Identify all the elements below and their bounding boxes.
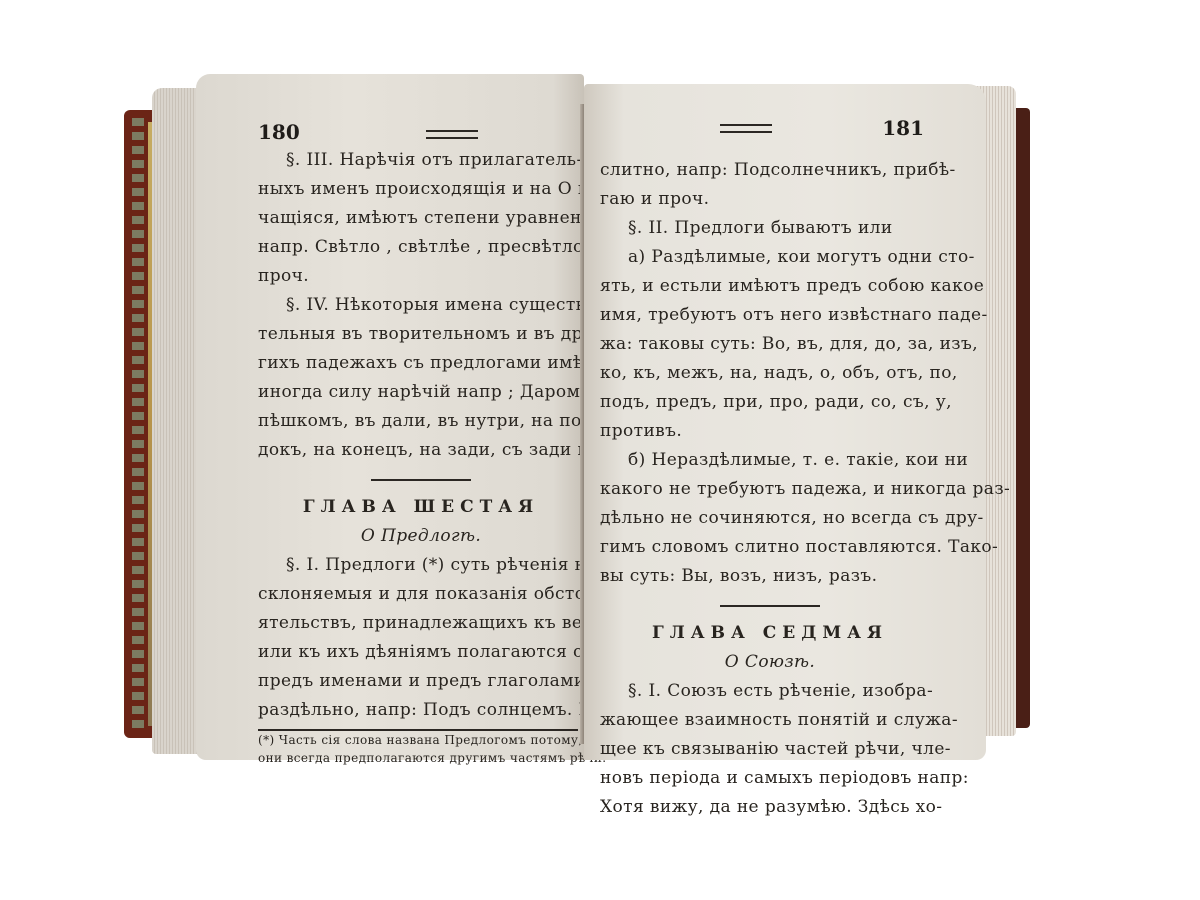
right-page-text: слитно, напр: Подсолнечникъ, прибѣ-гаю и… xyxy=(600,156,940,822)
header-ornament-right xyxy=(720,124,772,133)
text-line: новъ періода и самыхъ періодовъ напр: xyxy=(600,764,940,793)
text-line: ко, къ, межъ, на, надъ, о, объ, отъ, по, xyxy=(600,359,940,388)
text-line: чащіяся, имѣютъ степени уравненія xyxy=(258,204,584,233)
text-line: проч. xyxy=(258,262,584,291)
text-line: дѣльно не сочиняются, но всегда съ дру- xyxy=(600,504,940,533)
chapter-title: ГЛАВА СЕДМАЯ xyxy=(600,619,940,648)
text-line: напр. Свѣтло , свѣтлѣе , пресвѣтло и xyxy=(258,233,584,262)
text-line: предъ именами и предъ глаголами или xyxy=(258,667,584,696)
text-line: §. I. Предлоги (*) суть рѣченія не- xyxy=(258,551,584,580)
left-page-text: §. III. Нарѣчія отъ прилагатель-ныхъ име… xyxy=(258,146,584,767)
text-line: подъ, предъ, при, про, ради, со, съ, у, xyxy=(600,388,940,417)
footnote: (*) Часть сія слова названа Предлогомъ п… xyxy=(258,731,584,767)
text-line: гимъ словомъ слитно поставляются. Тако- xyxy=(600,533,940,562)
section-divider xyxy=(720,605,820,607)
right-page: 181 слитно, напр: Подсолнечникъ, прибѣ-г… xyxy=(584,84,986,760)
section-2-heading: §. II. Предлоги бываютъ или xyxy=(600,214,940,243)
text-line: слитно, напр: Подсолнечникъ, прибѣ- xyxy=(600,156,940,185)
text-line: (*) Часть сія слова названа Предлогомъ п… xyxy=(258,731,584,749)
text-line: жа: таковы суть: Во, въ, для, до, за, из… xyxy=(600,330,940,359)
text-line: ять, и естьли имѣютъ предъ собою какое xyxy=(600,272,940,301)
header-ornament-left xyxy=(426,130,478,139)
chapter-title: ГЛАВА ШЕСТАЯ xyxy=(258,493,584,522)
text-line: склоняемыя и для показанія обсто- xyxy=(258,580,584,609)
text-line: иногда силу нарѣчій напр ; Даромъ, xyxy=(258,378,584,407)
section-2-a: а) Раздѣлимые, кои могутъ одни сто-ять, … xyxy=(600,243,940,446)
text-line: б) Нераздѣлимые, т. е. такіе, кои ни xyxy=(600,446,940,475)
page-number-left: 180 xyxy=(258,120,300,144)
section-2-b: б) Нераздѣлимые, т. е. такіе, кои никако… xyxy=(600,446,940,591)
text-line: ныхъ именъ происходящія и на О кон- xyxy=(258,175,584,204)
text-line: докъ, на конецъ, на зади, съ зади и проч… xyxy=(258,436,584,465)
text-line: а) Раздѣлимые, кои могутъ одни сто- xyxy=(600,243,940,272)
text-line: §. I. Союзъ есть рѣченіе, изобра- xyxy=(600,677,940,706)
text-line: они всегда предполагаются другимъ частям… xyxy=(258,749,584,767)
text-line: щее къ связыванію частей рѣчи, чле- xyxy=(600,735,940,764)
paragraph-3: §. III. Нарѣчія отъ прилагатель-ныхъ име… xyxy=(258,146,584,291)
left-page: 180 §. III. Нарѣчія отъ прилагатель-ныхъ… xyxy=(196,74,584,760)
text-line: гихъ падежахъ съ предлогами имѣютъ xyxy=(258,349,584,378)
text-line: или къ ихъ дѣяніямъ полагаются они xyxy=(258,638,584,667)
text-line: пѣшкомъ, въ дали, въ нутри, на послѣ- xyxy=(258,407,584,436)
text-line: ятельствъ, принадлежащихъ къ вещамъ xyxy=(258,609,584,638)
continuation: слитно, напр: Подсолнечникъ, прибѣ-гаю и… xyxy=(600,156,940,214)
chapter-subtitle: О Союзѣ. xyxy=(600,648,940,677)
text-line: жающее взаимность понятій и служа- xyxy=(600,706,940,735)
text-line: какого не требуютъ падежа, и никогда раз… xyxy=(600,475,940,504)
text-line: тельныя въ творительномъ и въ дру- xyxy=(258,320,584,349)
book-cover-right xyxy=(1014,108,1030,728)
chapter-subtitle: О Предлогѣ. xyxy=(258,522,584,551)
text-line: §. IV. Нѣкоторыя имена существи- xyxy=(258,291,584,320)
text-line: гаю и проч. xyxy=(600,185,940,214)
text-line: вы суть: Вы, возъ, низъ, разъ. xyxy=(600,562,940,591)
section-1: §. I. Предлоги (*) суть рѣченія не-склон… xyxy=(258,551,584,725)
section-divider xyxy=(371,479,471,481)
text-line: имя, требуютъ отъ него извѣстнаго паде- xyxy=(600,301,940,330)
section-1: §. I. Союзъ есть рѣченіе, изобра-жающее … xyxy=(600,677,940,822)
text-line: §. III. Нарѣчія отъ прилагатель- xyxy=(258,146,584,175)
paragraph-4: §. IV. Нѣкоторыя имена существи-тельныя … xyxy=(258,291,584,465)
text-line: противъ. xyxy=(600,417,940,446)
text-line: раздѣльно, напр: Подъ солнцемъ. Или xyxy=(258,696,584,725)
text-line: Хотя вижу, да не разумѣю. Здѣсь хо- xyxy=(600,793,940,822)
page-number-right: 181 xyxy=(882,116,924,140)
